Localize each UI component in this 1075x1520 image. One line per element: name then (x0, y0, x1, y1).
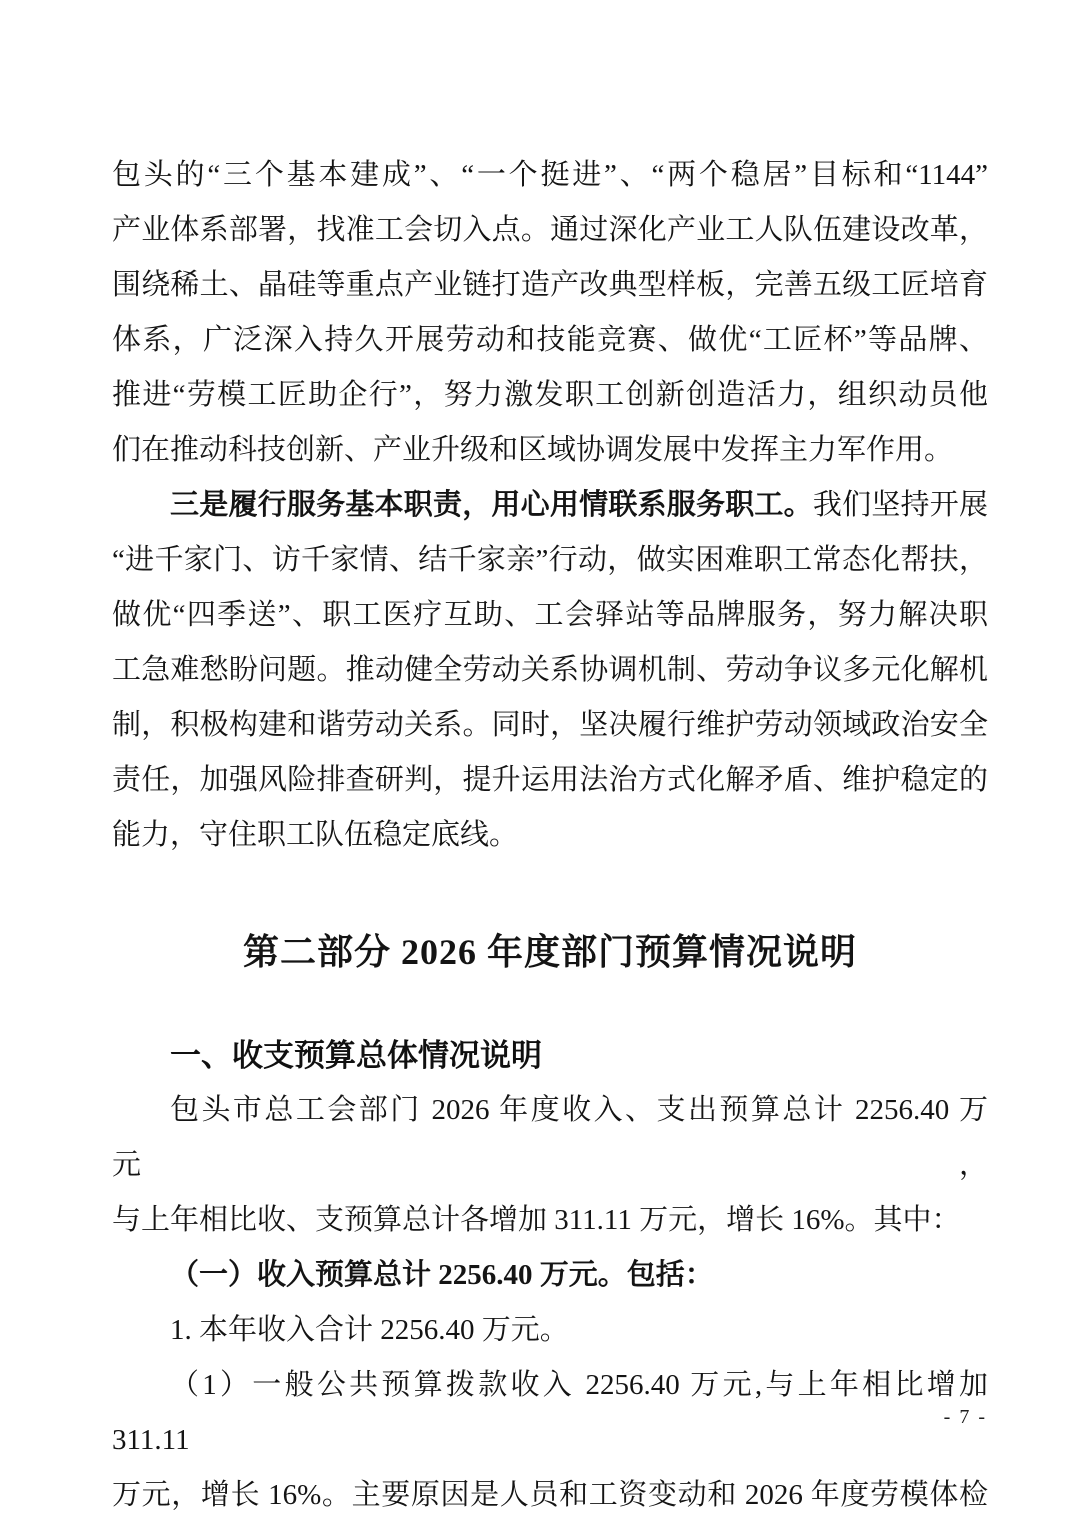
body-line: 做优“四季送”、职工医疗互助、工会驿站等品牌服务，努力解决职 (112, 588, 988, 643)
body-line: 体系，广泛深入持久开展劳动和技能竞赛、做优“工匠杯”等品牌、 (112, 313, 988, 368)
section-heading: 一、收支预算总体情况说明 (112, 1028, 988, 1083)
body-text: 我们坚持开展 (813, 489, 988, 521)
body-line: 包头市总工会部门 2026 年度收入、支出预算总计 2256.40 万元， (112, 1083, 988, 1193)
body-line: 们在推动科技创新、产业升级和区域协调发展中发挥主力军作用。 (112, 423, 988, 478)
body-line: “进千家门、访千家情、结千家亲”行动，做实困难职工常态化帮扶， (112, 533, 988, 588)
body-line: 万元，增长 16%。主要原因是人员和工资变动和 2026 年度劳模体检 (112, 1468, 988, 1520)
body-line: 工急难愁盼问题。推动健全劳动关系协调机制、劳动争议多元化解机 (112, 643, 988, 698)
body-line: 能力，守住职工队伍稳定底线。 (112, 808, 988, 863)
body-line: 三是履行服务基本职责，用心用情联系服务职工。我们坚持开展 (112, 478, 988, 533)
body-line: 制，积极构建和谐劳动关系。同时，坚决履行维护劳动领域政治安全 (112, 698, 988, 753)
body-line: 责任，加强风险排查研判，提升运用法治方式化解矛盾、维护稳定的 (112, 753, 988, 808)
body-line: 围绕稀土、晶硅等重点产业链打造产改典型样板，完善五级工匠培育 (112, 258, 988, 313)
body-line: 推进“劳模工匠助企行”，努力激发职工创新创造活力，组织动员他 (112, 368, 988, 423)
part-heading: 第二部分 2026 年度部门预算情况说明 (112, 925, 988, 980)
bold-lead-text: 三是履行服务基本职责，用心用情联系服务职工。 (170, 489, 813, 521)
subsection-heading: （一）收入预算总计 2256.40 万元。包括： (112, 1248, 988, 1303)
document-page: 包头的“三个基本建成”、“一个挺进”、“两个稳居”目标和“1144” 产业体系部… (0, 0, 1075, 1520)
page-number: - 7 - (944, 1406, 987, 1429)
body-line: 包头的“三个基本建成”、“一个挺进”、“两个稳居”目标和“1144” (112, 148, 988, 203)
body-line: 1. 本年收入合计 2256.40 万元。 (112, 1303, 988, 1358)
document-content: 包头的“三个基本建成”、“一个挺进”、“两个稳居”目标和“1144” 产业体系部… (112, 148, 988, 1520)
body-line: （1）一般公共预算拨款收入 2256.40 万元,与上年相比增加 311.11 (112, 1358, 988, 1468)
body-line: 与上年相比收、支预算总计各增加 311.11 万元，增长 16%。其中： (112, 1193, 988, 1248)
body-line: 产业体系部署，找准工会切入点。通过深化产业工人队伍建设改革， (112, 203, 988, 258)
